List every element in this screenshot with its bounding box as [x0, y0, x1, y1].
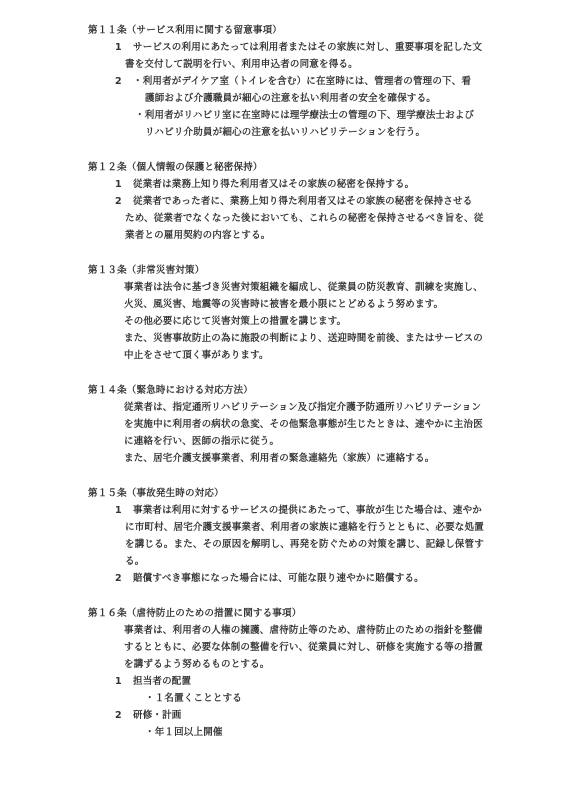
item-number: 1 — [115, 39, 133, 56]
article-line: 1事業者は利用に対するサービスの提供にあたって、事故が生じた場合は、速やか — [115, 502, 565, 519]
line-text: 賠償すべき事態になった場合には、可能な限り速やかに賠償する。 — [133, 573, 424, 584]
line-text: ・利用者がデイケア室（トイレを含む）に在室時には、管理者の管理の下、看 — [133, 76, 471, 87]
line-text: 事業者は、利用者の人権の擁護、虐待防止等のため、虐待防止のための指針を整備 — [124, 625, 483, 636]
item-number: 2 — [115, 707, 133, 724]
document-page: 第１１条（サービス利用に関する留意事項）1サービスの利用にあたっては利用者または… — [0, 0, 565, 800]
article-line: 事業者は法令に基づき災害対策組織を編成し、従業員の防災教育、訓練を実施し、 — [124, 279, 565, 296]
article-line: 1担当者の配置 — [115, 673, 565, 690]
article-line: ・利用者がリハビリ室に在室時には理学療法士の管理の下、理学療法士および — [135, 107, 565, 124]
article-line: 1サービスの利用にあたっては利用者またはその家族に対し、重要事項を記した文 — [115, 39, 565, 56]
line-text: 従業者は、指定通所リハビリテーション及び指定介護予防通所リハビリテーション — [124, 402, 481, 413]
line-text: 従業者であった者に、業務上知り得た利用者又はその家族の秘密を保持させる — [133, 196, 472, 207]
line-text: 事業者は利用に対するサービスの提供にあたって、事故が生じた場合は、速やか — [133, 505, 482, 516]
item-number: 2 — [115, 570, 133, 587]
article-14: 第１４条（緊急時における対応方法）従業者は、指定通所リハビリテーション及び指定介… — [0, 382, 565, 467]
article-line: ため、従業者でなくなった後においても、これらの秘密を保持させるべき旨を、従 — [125, 210, 565, 227]
article-line: 2従業者であった者に、業務上知り得た利用者又はその家族の秘密を保持させる — [115, 193, 565, 210]
article-line: 2賠償すべき事態になった場合には、可能な限り速やかに賠償する。 — [115, 570, 565, 587]
line-text: に連絡を行い、医師の指示に従う。 — [124, 436, 279, 447]
line-text: 業者との雇用契約の内容とする。 — [125, 230, 271, 241]
line-text: 事業者は法令に基づき災害対策組織を編成し、従業員の防災教育、訓練を実施し、 — [124, 282, 483, 293]
line-text: ・１名置くこととする — [145, 693, 242, 704]
line-text: ・年１回以上開催 — [145, 727, 223, 738]
article-heading: 第１２条（個人情報の保護と秘密保持） — [88, 159, 565, 176]
item-number: 1 — [115, 673, 133, 690]
line-text: 中止をさせて頂く事があります。 — [124, 350, 269, 361]
article-heading: 第１４条（緊急時における対応方法） — [88, 382, 565, 399]
line-text: また、災害事故防止の為に施設の判断により、送迎時間を前後、またはサービスの — [124, 333, 483, 344]
line-text: を実施中に利用者の病状の急変、その他緊急事態が生じたときは、速やかに主治医 — [124, 419, 483, 430]
line-text: を講ずるよう努めるものとする。 — [124, 659, 270, 670]
article-line: その他必要に応じて災害対策上の措置を講じます。 — [124, 313, 565, 330]
line-text: ため、従業者でなくなった後においても、これらの秘密を保持させるべき旨を、従 — [125, 213, 484, 224]
line-text: 書を交付して説明を行い、利用申込者の同意を得る。 — [125, 59, 358, 70]
article-12: 第１２条（個人情報の保護と秘密保持）1従業者は業務上知り得た利用者又はその家族の… — [0, 159, 565, 244]
article-heading: 第１１条（サービス利用に関する留意事項） — [88, 22, 565, 39]
article-line: 火災、風災害、地震等の災害時に被害を最小限にとどめるよう努めます。 — [124, 296, 565, 313]
line-text: る。 — [125, 556, 144, 567]
line-text: その他必要に応じて災害対策上の措置を講じます。 — [124, 316, 346, 327]
article-16: 第１６条（虐待防止のための措置に関する事項）事業者は、利用者の人権の擁護、虐待防… — [0, 605, 565, 741]
article-line: 2・利用者がデイケア室（トイレを含む）に在室時には、管理者の管理の下、看 — [115, 73, 565, 90]
article-line: 2研修・計画 — [115, 707, 565, 724]
line-text: 担当者の配置 — [133, 676, 191, 687]
article-line: するとともに、必要な体制の整備を行い、従業員に対し、研修を実施する等の措置 — [124, 639, 565, 656]
article-line: 中止をさせて頂く事があります。 — [124, 347, 565, 364]
article-line: を講ずるよう努めるものとする。 — [124, 656, 565, 673]
line-text: ・利用者がリハビリ室に在室時には理学療法士の管理の下、理学療法士および — [135, 110, 474, 121]
line-text: 従業者は業務上知り得た利用者又はその家族の秘密を保持する。 — [133, 179, 414, 190]
item-number: 1 — [115, 176, 133, 193]
line-text: に市町村、居宅介護支援事業者、利用者の家族に連絡を行うとともに、必要な処置 — [125, 522, 484, 533]
article-line: に連絡を行い、医師の指示に従う。 — [124, 433, 565, 450]
line-text: 火災、風災害、地震等の災害時に被害を最小限にとどめるよう努めます。 — [124, 299, 443, 310]
item-number: 2 — [115, 73, 133, 90]
article-heading: 第１６条（虐待防止のための措置に関する事項） — [88, 605, 565, 622]
article-15: 第１５条（事故発生時の対応）1事業者は利用に対するサービスの提供にあたって、事故… — [0, 485, 565, 587]
line-text: を講じる。また、その原因を解明し、再発を防ぐための対策を講じ、記録し保管す — [125, 539, 484, 550]
article-line: に市町村、居宅介護支援事業者、利用者の家族に連絡を行うとともに、必要な処置 — [125, 519, 565, 536]
article-11: 第１１条（サービス利用に関する留意事項）1サービスの利用にあたっては利用者または… — [0, 22, 565, 141]
article-line: また、災害事故防止の為に施設の判断により、送迎時間を前後、またはサービスの — [124, 330, 565, 347]
article-line: ・年１回以上開催 — [145, 724, 565, 741]
article-heading: 第１５条（事故発生時の対応） — [88, 485, 565, 502]
article-line: 護師および介護職員が細心の注意を払い利用者の安全を確保する。 — [145, 90, 565, 107]
item-number: 2 — [115, 193, 133, 210]
article-line: また、居宅介護支援事業者、利用者の緊急連絡先（家族）に連絡する。 — [124, 450, 565, 467]
article-line: 書を交付して説明を行い、利用申込者の同意を得る。 — [125, 56, 565, 73]
article-line: 事業者は、利用者の人権の擁護、虐待防止等のため、虐待防止のための指針を整備 — [124, 622, 565, 639]
article-line: る。 — [125, 553, 565, 570]
article-13: 第１３条（非常災害対策）事業者は法令に基づき災害対策組織を編成し、従業員の防災教… — [0, 262, 565, 364]
line-text: するとともに、必要な体制の整備を行い、従業員に対し、研修を実施する等の措置 — [124, 642, 483, 653]
article-line: リハビリ介助員が細心の注意を払いリハビリテーションを行う。 — [145, 124, 565, 141]
article-line: 1従業者は業務上知り得た利用者又はその家族の秘密を保持する。 — [115, 176, 565, 193]
article-line: 従業者は、指定通所リハビリテーション及び指定介護予防通所リハビリテーション — [124, 399, 565, 416]
line-text: 研修・計画 — [133, 710, 182, 721]
item-number: 1 — [115, 502, 133, 519]
article-line: 業者との雇用契約の内容とする。 — [125, 227, 565, 244]
line-text: 護師および介護職員が細心の注意を払い利用者の安全を確保する。 — [145, 93, 436, 104]
line-text: リハビリ介助員が細心の注意を払いリハビリテーションを行う。 — [145, 127, 425, 138]
article-line: を実施中に利用者の病状の急変、その他緊急事態が生じたときは、速やかに主治医 — [124, 416, 565, 433]
line-text: サービスの利用にあたっては利用者またはその家族に対し、重要事項を記した文 — [133, 42, 482, 53]
article-line: を講じる。また、その原因を解明し、再発を防ぐための対策を講じ、記録し保管す — [125, 536, 565, 553]
line-text: また、居宅介護支援事業者、利用者の緊急連絡先（家族）に連絡する。 — [124, 453, 434, 464]
article-line: ・１名置くこととする — [145, 690, 565, 707]
article-heading: 第１３条（非常災害対策） — [88, 262, 565, 279]
